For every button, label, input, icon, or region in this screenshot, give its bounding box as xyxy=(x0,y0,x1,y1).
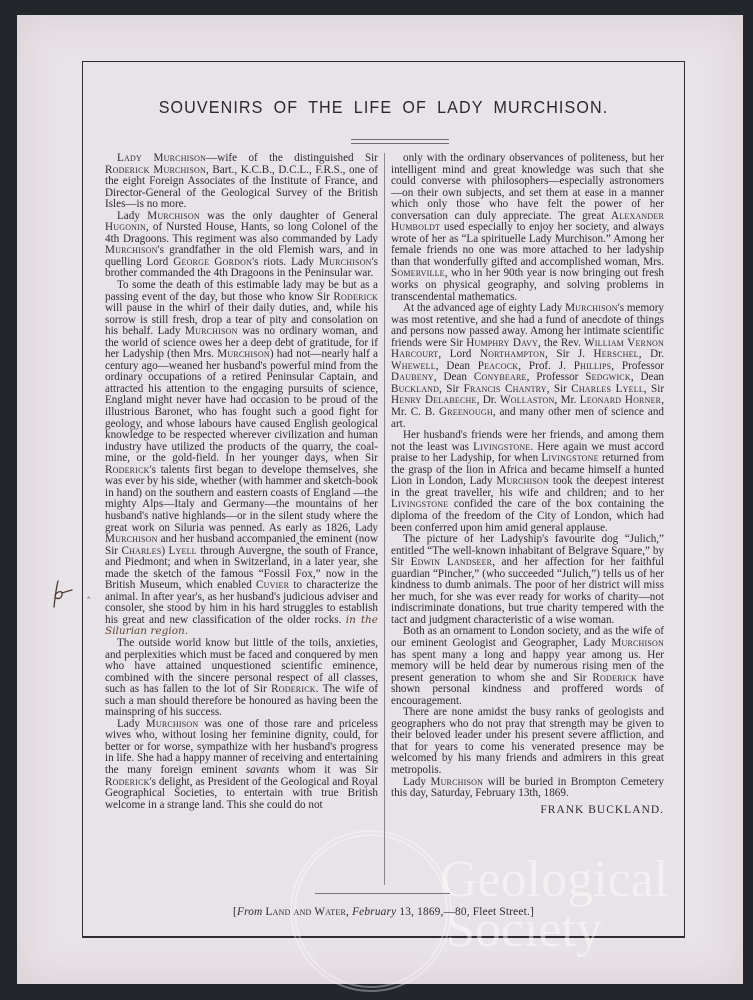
text-run: whom it was Sir xyxy=(279,764,378,776)
text-run: Murchison xyxy=(611,637,664,649)
text-run: 's riots. Lady xyxy=(252,256,319,268)
text-run: Lady Murchison xyxy=(117,152,206,164)
text-run: At the advanced age of eighty Lady xyxy=(403,302,565,314)
document-title: SOUVENIRS OF THE LIFE OF LADY MURCHISON. xyxy=(106,97,661,118)
text-run: , the Rev. xyxy=(538,337,584,349)
text-run: Humphry Davy xyxy=(466,337,538,349)
text-run: Livingstone xyxy=(473,441,530,453)
text-run: Roderick xyxy=(105,776,150,788)
text-run: ) xyxy=(161,545,168,557)
text-run: ) had not—nearly half a century ago—wean… xyxy=(105,348,378,464)
text-run: , Dr. xyxy=(477,394,500,406)
text-run: —wife of the distinguished Sir xyxy=(206,152,378,164)
paragraph: Lady Murchison was one of those rare and… xyxy=(105,719,378,811)
text-run: Murchison xyxy=(319,256,372,268)
text-run: Leonard Horner xyxy=(580,394,661,406)
text-run: , Dean xyxy=(631,371,664,383)
text-run: Charles Lyell xyxy=(571,383,644,395)
text-run: Murchison xyxy=(105,533,158,545)
text-run: , Sir J. xyxy=(545,348,593,360)
handwritten-margin-mark-icon xyxy=(50,579,76,609)
left-column: Lady Murchison—wife of the distinguished… xyxy=(105,153,378,811)
right-column: only with the ordinary observances of po… xyxy=(391,153,664,816)
text-run: Murchison xyxy=(565,302,618,314)
text-run: Whewell xyxy=(391,360,436,372)
paragraph: Both as an ornament to London society, a… xyxy=(391,626,664,707)
text-run: , of Nursted House, Hants, so long Colon… xyxy=(105,221,378,245)
handwritten-caret-mark: ‸ xyxy=(87,588,90,599)
text-run: Edwin Landseer xyxy=(411,556,493,568)
text-run: , Dean xyxy=(436,360,478,372)
text-run: Conybeare xyxy=(474,371,527,383)
text-run: , Professor xyxy=(611,360,664,372)
text-run: Murchison xyxy=(105,244,158,256)
paragraph: There are none amidst the busy ranks of … xyxy=(391,707,664,776)
text-run: Lady xyxy=(117,210,147,222)
text-run: , Sir xyxy=(547,383,571,395)
text-run: Roderick xyxy=(333,291,378,303)
text-run: Murchison xyxy=(185,325,238,337)
paragraph: The outside world know but little of the… xyxy=(105,638,378,719)
text-run: Murchison xyxy=(430,776,483,788)
text-run: Murchison xyxy=(496,475,549,487)
paragraph: To some the death of this estimable lady… xyxy=(105,280,378,638)
text-run: , Professor xyxy=(527,371,586,383)
text-run: , Lord xyxy=(438,348,479,360)
text-run: Peacock xyxy=(478,360,519,372)
paragraph: Lady Murchison will be buried in Brompto… xyxy=(391,777,664,800)
paragraph: At the advanced age of eighty Lady Murch… xyxy=(391,303,664,430)
text-run: Livingstone xyxy=(391,498,448,510)
text-run: Roderick xyxy=(592,672,637,684)
text-run: From xyxy=(237,906,262,918)
text-run: , Sir xyxy=(439,383,463,395)
text-run: , Sir xyxy=(644,383,664,395)
text-run: Phillips xyxy=(574,360,612,372)
text-run: George Gordon xyxy=(173,256,252,268)
text-run: Lyell xyxy=(169,545,197,557)
text-run: Roderick xyxy=(105,464,150,476)
text-run: Land and Water xyxy=(266,906,346,918)
text-run: , Prof. J. xyxy=(518,360,573,372)
text-run: , Mr. xyxy=(554,394,579,406)
source-rule xyxy=(315,893,450,894)
text-run: Murchison xyxy=(147,210,200,222)
text-run: Livingstone xyxy=(541,452,598,464)
text-run: Herschel xyxy=(594,348,639,360)
text-run: Wollaston xyxy=(500,394,554,406)
title-rule xyxy=(351,139,449,144)
text-run: Somerville xyxy=(391,267,445,279)
column-divider xyxy=(384,153,385,885)
text-run: , Dr. xyxy=(639,348,664,360)
paragraph: The picture of her Ladyship's favourite … xyxy=(391,534,664,626)
text-run: Lady xyxy=(117,718,146,730)
text-run: Sedgwick xyxy=(585,371,631,383)
text-run: Charles xyxy=(121,545,161,557)
text-run: Greenough xyxy=(439,406,493,418)
paragraph: Lady Murchison was the only daughter of … xyxy=(105,211,378,280)
paragraph: Her husband's friends were her friends, … xyxy=(391,430,664,534)
text-run: was the only daughter of General xyxy=(200,210,378,222)
text-run: Northampton xyxy=(480,348,545,360)
text-run: Henry Delabeche xyxy=(391,394,477,406)
text-run: savants xyxy=(246,764,279,776)
text-run: Hugonin xyxy=(105,221,146,233)
paragraph: Lady Murchison—wife of the distinguished… xyxy=(105,153,378,211)
text-run: Murchison xyxy=(217,348,270,360)
paragraph: only with the ordinary observances of po… xyxy=(391,153,664,303)
text-run: Roderick Murchison xyxy=(105,164,206,176)
text-run: February xyxy=(352,906,396,918)
text-run: There are none amidst the busy ranks of … xyxy=(391,706,664,776)
text-run: Buckland xyxy=(391,383,439,395)
source-citation: [From Land and Water, February 13, 1869,… xyxy=(82,906,685,918)
text-run: Francis Chantry xyxy=(464,383,547,395)
text-run: Murchison xyxy=(146,718,199,730)
text-run: Cuvier xyxy=(256,579,289,591)
text-run: 13, 1869,—80, Fleet Street.] xyxy=(396,906,534,918)
text-run: Lady xyxy=(403,776,430,788)
text-run: Daubeny xyxy=(391,371,434,383)
text-run: Roderick xyxy=(271,683,316,695)
text-run: , Dean xyxy=(434,371,474,383)
author-signature: FRANK BUCKLAND. xyxy=(391,805,664,817)
